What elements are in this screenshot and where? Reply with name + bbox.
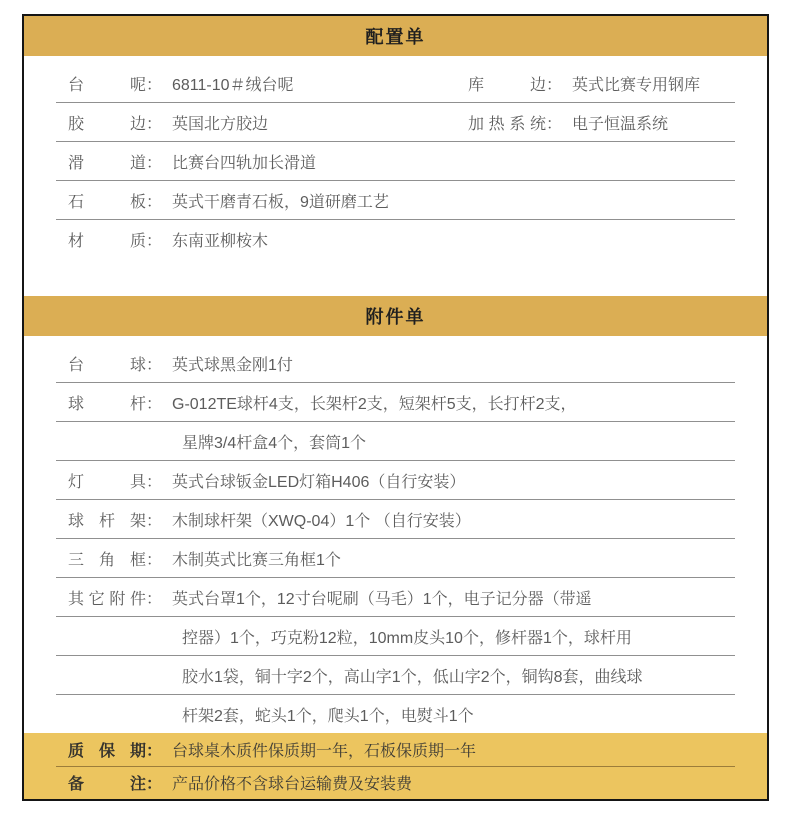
spec-row-other-cont-3: 杆架2套，蛇头1个，爬头1个，电熨斗1个 [56,695,735,733]
label-colon: ： [146,391,162,414]
spec-value: 电子恒温系统 [572,111,668,134]
spec-value: 东南亚柳桉木 [172,228,268,251]
spec-value: 控器）1个，巧克粉12粒，10mm皮头10个，修杆器1个，球杆用 [182,625,632,648]
spec-row-other-cont-2: 胶水1袋，铜十字2个，高山字1个，低山字2个，铜钩8套，曲线球 [56,656,735,695]
accessories-rows: 台球： 英式球黑金刚1付 球杆： G-012TE球杆4支，长架杆2支，短架杆5支… [24,336,767,733]
spec-row-material: 材质： 东南亚柳桉木 [56,220,735,258]
warranty-value: 台球桌木质件保质期一年，石板保质期一年 [172,738,476,761]
label-colon: ： [146,150,162,173]
spec-row-cues: 球杆： G-012TE球杆4支，长架杆2支，短架杆5支，长打杆2支， [56,383,735,422]
label-colon: ： [546,72,562,95]
remark-value: 产品价格不含球台运输费及安装费 [172,771,412,794]
footer-section: 质保期： 台球桌木质件保质期一年，石板保质期一年 备注： 产品价格不含球台运输费… [24,733,767,799]
spec-row-cues-cont: 星牌3/4杆盒4个，套筒1个 [56,422,735,461]
spec-row-balls: 台球： 英式球黑金刚1付 [56,344,735,383]
spec-label: 台呢 [68,72,146,95]
spec-cell-rubber: 胶边： 英国北方胶边 [56,111,456,134]
spec-cell-cushion: 库边： 英式比赛专用钢库 [456,72,735,95]
spec-row-cloth-cushion: 台呢： 6811-10＃绒台呢 库边： 英式比赛专用钢库 [56,64,735,103]
spec-label: 库边 [468,72,546,95]
spec-label: 加热系统 [468,111,546,134]
spec-value: 英式比赛专用钢库 [572,72,700,95]
warranty-row: 质保期： 台球桌木质件保质期一年，石板保质期一年 [56,733,735,767]
spec-row-slide: 滑道： 比赛台四轨加长滑道 [56,142,735,181]
spec-value: 英国北方胶边 [172,111,268,134]
label-colon: ： [146,586,162,609]
spec-label: 灯具 [68,469,146,492]
spec-label: 胶边 [68,111,146,134]
label-colon: ： [146,189,162,212]
accessories-section-header: 附件单 [24,296,767,336]
spec-label: 三角框 [68,547,146,570]
spec-value: G-012TE球杆4支，长架杆2支，短架杆5支，长打杆2支， [172,391,577,414]
spec-cell-cloth: 台呢： 6811-10＃绒台呢 [56,72,456,95]
remark-label: 备注 [68,771,146,794]
label-colon: ： [146,72,162,95]
config-section-title: 配置单 [366,23,426,49]
spec-value: 英式台球钣金LED灯箱H406（自行安装） [172,469,465,492]
spec-label: 其它附件 [68,586,146,609]
label-colon: ： [146,469,162,492]
label-colon: ： [546,111,562,134]
spec-value: 木制球杆架（XWQ-04）1个 （自行安装） [172,508,471,531]
spec-row-other-cont-1: 控器）1个，巧克粉12粒，10mm皮头10个，修杆器1个，球杆用 [56,617,735,656]
spec-value: 6811-10＃绒台呢 [172,72,294,95]
label-colon: ： [146,352,162,375]
spec-label: 台球 [68,352,146,375]
label-colon: ： [146,547,162,570]
label-colon: ： [146,228,162,251]
spec-row-rubber-heating: 胶边： 英国北方胶边 加热系统： 电子恒温系统 [56,103,735,142]
spec-row-triangle: 三角框： 木制英式比赛三角框1个 [56,539,735,578]
spec-label: 球杆架 [68,508,146,531]
spec-row-slate: 石板： 英式干磨青石板，9道研磨工艺 [56,181,735,220]
spec-value: 胶水1袋，铜十字2个，高山字1个，低山字2个，铜钩8套，曲线球 [182,664,643,687]
label-colon: ： [146,738,162,761]
spec-row-cue-rack: 球杆架： 木制球杆架（XWQ-04）1个 （自行安装） [56,500,735,539]
label-colon: ： [146,508,162,531]
spec-label: 球杆 [68,391,146,414]
spec-value: 星牌3/4杆盒4个，套筒1个 [182,430,366,453]
spec-value: 英式球黑金刚1付 [172,352,293,375]
warranty-label: 质保期 [68,738,146,761]
accessories-section-title: 附件单 [366,303,426,329]
spec-value: 英式干磨青石板，9道研磨工艺 [172,189,389,212]
spec-row-other: 其它附件： 英式台罩1个，12寸台呢刷（马毛）1个，电子记分器（带遥 [56,578,735,617]
spec-label: 滑道 [68,150,146,173]
remark-row: 备注： 产品价格不含球台运输费及安装费 [56,767,735,800]
config-rows: 台呢： 6811-10＃绒台呢 库边： 英式比赛专用钢库 胶边： 英国北方胶边 … [24,56,767,258]
spec-value: 比赛台四轨加长滑道 [172,150,316,173]
spec-value: 英式台罩1个，12寸台呢刷（马毛）1个，电子记分器（带遥 [172,586,592,609]
spec-sheet: 配置单 台呢： 6811-10＃绒台呢 库边： 英式比赛专用钢库 胶边： 英国北… [22,14,769,801]
label-colon: ： [146,771,162,794]
spec-label: 石板 [68,189,146,212]
config-section-header: 配置单 [24,16,767,56]
spec-label: 材质 [68,228,146,251]
spec-row-light: 灯具： 英式台球钣金LED灯箱H406（自行安装） [56,461,735,500]
spec-value: 杆架2套，蛇头1个，爬头1个，电熨斗1个 [182,703,474,726]
label-colon: ： [146,111,162,134]
spec-cell-heating: 加热系统： 电子恒温系统 [456,111,735,134]
spec-value: 木制英式比赛三角框1个 [172,547,341,570]
